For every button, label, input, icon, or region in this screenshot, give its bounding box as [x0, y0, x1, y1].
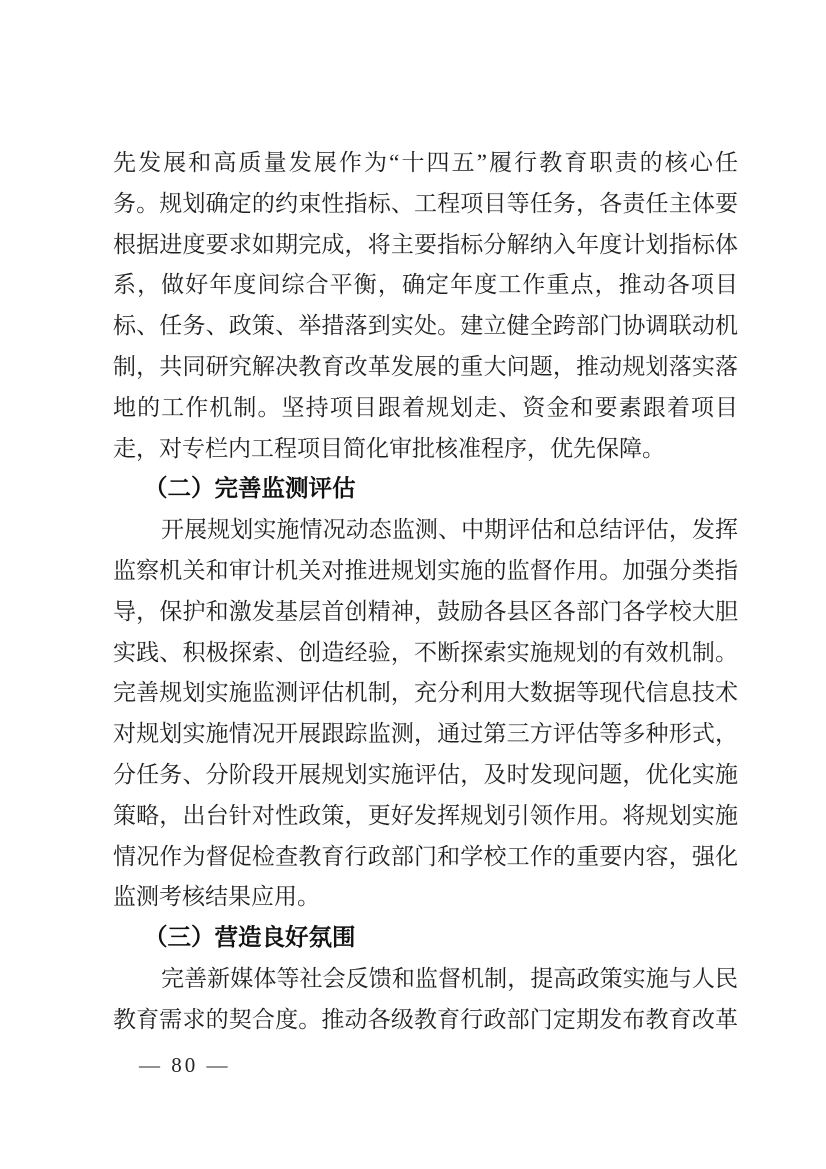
page-footer: — 80 — [139, 1053, 231, 1078]
paragraph: 完善新媒体等社会反馈和监督机制，提高政策实施与人民教育需求的契合度。推动各级教育… [113, 959, 738, 1041]
text-line: 导，保护和激发基层首创精神，鼓励各县区各部门各学校大胆 [113, 592, 738, 633]
page-number: — 80 — [139, 1053, 231, 1077]
text-line: 情况作为督促检查教育行政部门和学校工作的重要内容，强化 [113, 837, 738, 878]
text-line: 实践、积极探索、创造经验，不断探索实施规划的有效机制。 [113, 633, 738, 674]
text-line: 先发展和高质量发展作为“十四五”履行教育职责的核心任 [113, 143, 738, 184]
text-line: 开展规划实施情况动态监测、中期评估和总结评估，发挥 [113, 510, 738, 551]
document-page: 先发展和高质量发展作为“十四五”履行教育职责的核心任务。规划确定的约束性指标、工… [0, 0, 826, 1169]
text-line: 对规划实施情况开展跟踪监测，通过第三方评估等多种形式， [113, 714, 738, 755]
text-line: 完善规划实施监测评估机制，充分利用大数据等现代信息技术 [113, 673, 738, 714]
text-line: 根据进度要求如期完成，将主要指标分解纳入年度计划指标体 [113, 225, 738, 266]
text-line: 制，共同研究解决教育改革发展的重大问题，推动规划落实落 [113, 347, 738, 388]
section-heading: （三）营造良好氛围 [113, 918, 738, 959]
section-heading: （二）完善监测评估 [113, 469, 738, 510]
paragraph: 先发展和高质量发展作为“十四五”履行教育职责的核心任务。规划确定的约束性指标、工… [113, 143, 738, 469]
text-line: 策略，出台针对性政策，更好发挥规划引领作用。将规划实施 [113, 796, 738, 837]
text-line: 地的工作机制。坚持项目跟着规划走、资金和要素跟着项目 [113, 388, 738, 429]
text-line: 分任务、分阶段开展规划实施评估，及时发现问题，优化实施 [113, 755, 738, 796]
text-line: 监测考核结果应用。 [113, 877, 738, 918]
text-line: 走，对专栏内工程项目简化审批核准程序，优先保障。 [113, 429, 738, 470]
text-line: 教育需求的契合度。推动各级教育行政部门定期发布教育改革 [113, 1000, 738, 1041]
text-line: 标、任务、政策、举措落到实处。建立健全跨部门协调联动机 [113, 306, 738, 347]
document-body: 先发展和高质量发展作为“十四五”履行教育职责的核心任务。规划确定的约束性指标、工… [113, 143, 738, 1041]
text-line: 务。规划确定的约束性指标、工程项目等任务，各责任主体要 [113, 184, 738, 225]
text-line: 系，做好年度间综合平衡，确定年度工作重点，推动各项目 [113, 265, 738, 306]
text-line: 监察机关和审计机关对推进规划实施的监督作用。加强分类指 [113, 551, 738, 592]
text-line: 完善新媒体等社会反馈和监督机制，提高政策实施与人民 [113, 959, 738, 1000]
paragraph: 开展规划实施情况动态监测、中期评估和总结评估，发挥监察机关和审计机关对推进规划实… [113, 510, 738, 918]
